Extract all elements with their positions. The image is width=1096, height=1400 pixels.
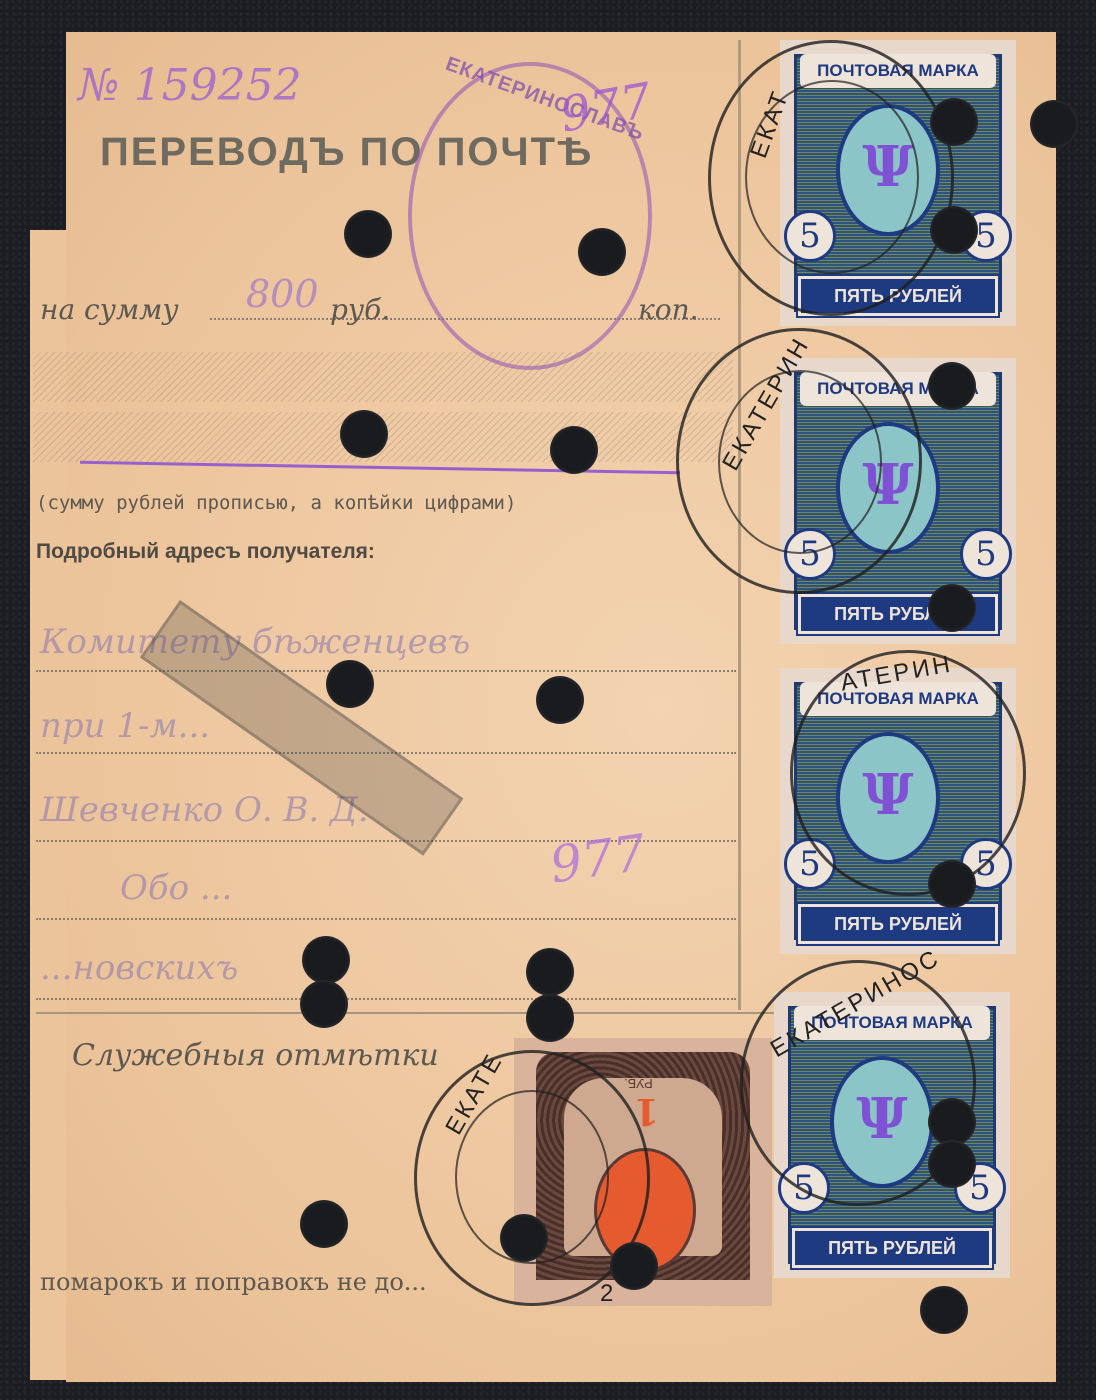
punch-hole — [928, 1140, 976, 1188]
punch-hole — [928, 860, 976, 908]
amount-label: на сумму — [40, 293, 179, 326]
punch-hole — [344, 210, 392, 258]
punch-hole — [300, 980, 348, 1028]
punch-hole — [930, 98, 978, 146]
address-line — [36, 918, 736, 920]
rub-label: руб. — [330, 293, 390, 326]
numeral: 5 — [960, 528, 1012, 580]
punch-hole — [526, 994, 574, 1042]
address-handwriting: Обо ... — [120, 868, 232, 908]
address-label: Подробный адресъ получателя: — [36, 540, 375, 564]
punch-hole — [930, 206, 978, 254]
postmark-date-mark: 2 — [600, 1280, 616, 1308]
bottom-note: помарокъ и поправокъ не до... — [40, 1268, 427, 1296]
punch-hole — [1030, 100, 1078, 148]
punch-hole — [326, 660, 374, 708]
address-handwriting: при 1-м... — [40, 706, 210, 746]
postmark — [790, 650, 1026, 896]
handwritten-serial: № 159252 — [78, 60, 302, 111]
punch-hole — [920, 1286, 968, 1334]
stamp-value: ПЯТЬ РУБЛЕЙ — [798, 904, 998, 944]
service-marks-label: Служебныя отмѣтки — [72, 1038, 439, 1073]
address-line — [36, 998, 736, 1000]
hatched-field — [33, 352, 733, 402]
stamp-value: ПЯТЬ РУБЛЕЙ — [792, 1228, 992, 1268]
kop-label: коп. — [638, 293, 699, 326]
punch-hole — [550, 426, 598, 474]
punch-hole — [928, 362, 976, 410]
punch-hole — [610, 1242, 658, 1290]
punch-hole — [928, 1098, 976, 1146]
punch-hole — [526, 948, 574, 996]
punch-hole — [300, 1200, 348, 1248]
address-handwriting: ...новскихъ — [40, 948, 238, 988]
punch-hole — [340, 410, 388, 458]
section-divider — [36, 1012, 776, 1014]
address-line — [36, 670, 736, 672]
currency-label: РУБ. — [624, 1076, 653, 1091]
punch-hole — [928, 584, 976, 632]
amount-hint: (сумму рублей прописью, а копѣйки цифрам… — [36, 492, 516, 514]
address-handwriting: Шевченко О. В. Д. — [40, 790, 369, 830]
punch-hole — [500, 1214, 548, 1262]
punch-hole — [302, 936, 350, 984]
punch-hole — [536, 676, 584, 724]
punch-hole — [578, 228, 626, 276]
handwritten-amount: 800 — [246, 272, 319, 316]
